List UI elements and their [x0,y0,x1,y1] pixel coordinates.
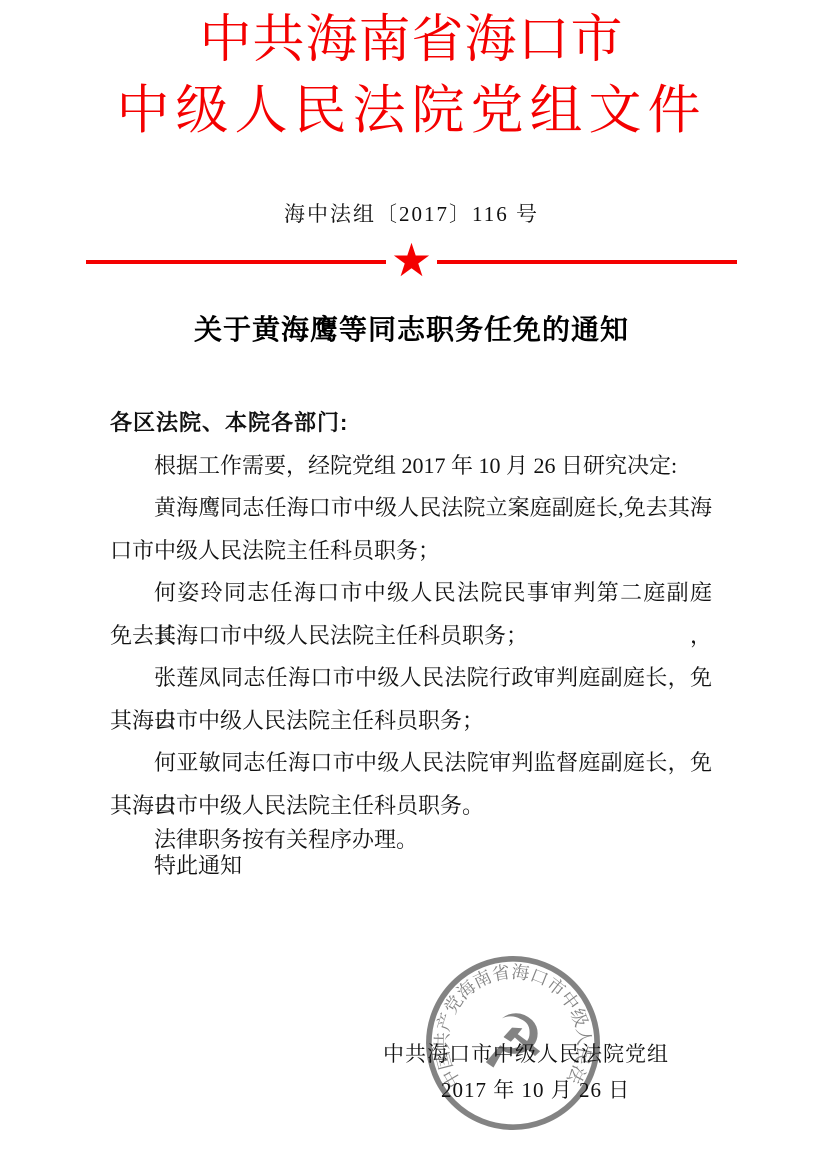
body-line: 特此通知 [110,853,712,879]
signature-date: 2017 年 10 月 26 日 [441,1076,630,1104]
body-line: 何姿玲同志任海口市中级人民法院民事审判第二庭副庭长， [110,572,712,615]
body-line: 其海口市中级人民法院主任科员职务。 [110,785,712,828]
document-number: 海中法组〔2017〕116 号 [0,201,823,227]
body-line: 何亚敏同志任海口市中级人民法院审判监督庭副庭长，免去 [110,742,712,785]
letterhead-line1: 中共海南省海口市 [0,6,823,76]
signature-org: 中共海口市中级人民法院党组 [383,1040,669,1068]
body-line: 根据工作需要，经院党组 2017 年 10 月 26 日研究决定: [110,445,712,488]
body-line: 黄海鹰同志任海口市中级人民法院立案庭副庭长,免去其海 [110,487,712,530]
divider-line-left [86,260,386,264]
star-icon: ★ [391,238,432,282]
document-page: 中共海南省海口市 中级人民法院党组文件 海中法组〔2017〕116 号 ★ 关于… [0,0,823,1158]
body-line: 张莲凤同志任海口市中级人民法院行政审判庭副庭长，免去 [110,657,712,700]
body-line: 各区法院、本院各部门: [110,402,712,445]
body-line: 口市中级人民法院主任科员职务； [110,530,712,573]
body-line: 法律职务按有关程序办理。 [110,827,712,853]
document-body: 各区法院、本院各部门:根据工作需要，经院党组 2017 年 10 月 26 日研… [110,402,712,879]
red-divider-rule: ★ [0,240,823,284]
divider-line-right [437,260,737,264]
letterhead-line2: 中级人民法院党组文件 [0,76,823,146]
page-title: 关于黄海鹰等同志职务任免的通知 [0,312,823,348]
body-line: 其海口市中级人民法院主任科员职务； [110,700,712,743]
